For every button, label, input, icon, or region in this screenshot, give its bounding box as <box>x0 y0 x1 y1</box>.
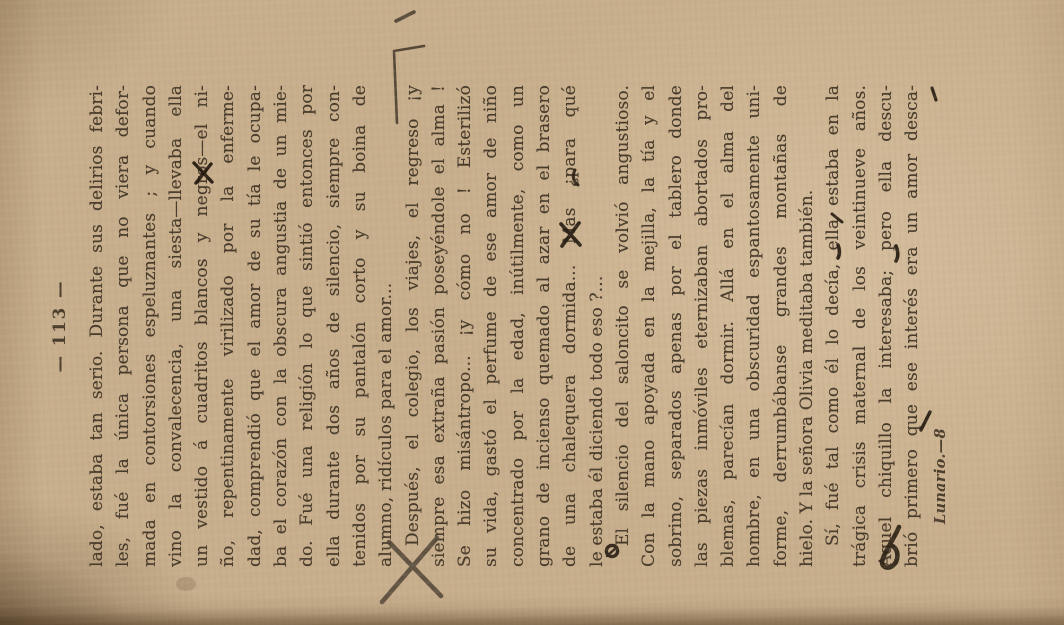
text-line: Aquel chiquillo la interesaba; pero ella… <box>873 85 899 567</box>
text-line: sobrino, separados apenas por el tablero… <box>663 85 689 567</box>
text-line: tenidos por su pantalón corto y su boina… <box>347 85 373 567</box>
text-line: brió primero que ese interés era un amor… <box>899 85 925 567</box>
text-line: ba el corazón con la obscura angustia de… <box>268 85 294 567</box>
text-line: le estaba él diciendo todo eso ?... <box>584 85 610 567</box>
text-block: lado, estaba tan serio. Durante sus deli… <box>84 85 926 567</box>
text-line: hombre, en una obscuridad espantosamente… <box>741 85 767 567</box>
text-line: Después, el colegio, los viajes, el regr… <box>400 85 426 567</box>
text-line: concentrado por la edad, inútilmente, co… <box>505 85 531 567</box>
text-line: forme, derrumbábanse grandes montañas de <box>768 85 794 567</box>
text-line: su vida, gastó el perfume de ese amor de… <box>478 85 504 567</box>
text-line: dad, comprendió que el amor de su tía le… <box>242 85 268 567</box>
text-line: vino la convalecencia, una siesta—llevab… <box>163 85 189 567</box>
text-line: un vestido á cuadritos blancos y negros—… <box>189 85 215 567</box>
text-line: do. Fué una religión lo que sintió enton… <box>294 85 320 567</box>
text-line: les, fué la única persona que no viera d… <box>110 85 136 567</box>
text-line: las piezas inmóviles eternizaban abortad… <box>689 85 715 567</box>
text-line: de una chalequera dormida... Mas ¿para q… <box>557 85 583 567</box>
text-line: El silencio del saloncito se volvió angu… <box>610 85 636 567</box>
text-line: mada en contorsiones espeluznantes ; y c… <box>137 85 163 567</box>
text-line: blemas, parecían dormir. Allá en el alma… <box>715 85 741 567</box>
text-line: Con la mano apoyada en la mejilla, la tí… <box>636 85 662 567</box>
text-line: ño, repentinamente virilizado por la enf… <box>215 85 241 567</box>
text-line: Se hizo misántropo... ¡y cómo no ! Ester… <box>452 85 478 567</box>
text-line: grano de incienso quemado al azar en el … <box>531 85 557 567</box>
text-line: trágica crisis maternal de los veintinue… <box>847 85 873 567</box>
text-line: alumno, ridículos para el amor... <box>373 85 399 567</box>
text-line: hielo. Y la señora Olivia meditaba tambi… <box>794 85 820 567</box>
text-line: lado, estaba tan serio. Durante sus deli… <box>84 85 110 567</box>
page-number: — 113 — <box>50 85 69 567</box>
text-line: ella durante dos años de silencio, siemp… <box>321 85 347 567</box>
text-line: siempre esa extraña pasión poseyéndole e… <box>426 85 452 567</box>
rotated-page: — 113 — lado, estaba tan serio. Durante … <box>0 0 1064 625</box>
book-page-scan: — 113 — lado, estaba tan serio. Durante … <box>0 0 1064 625</box>
printer-signature: Lunario.—8 <box>932 428 949 524</box>
text-line: Sí, fué tal como él lo decía, ella estab… <box>820 85 846 567</box>
